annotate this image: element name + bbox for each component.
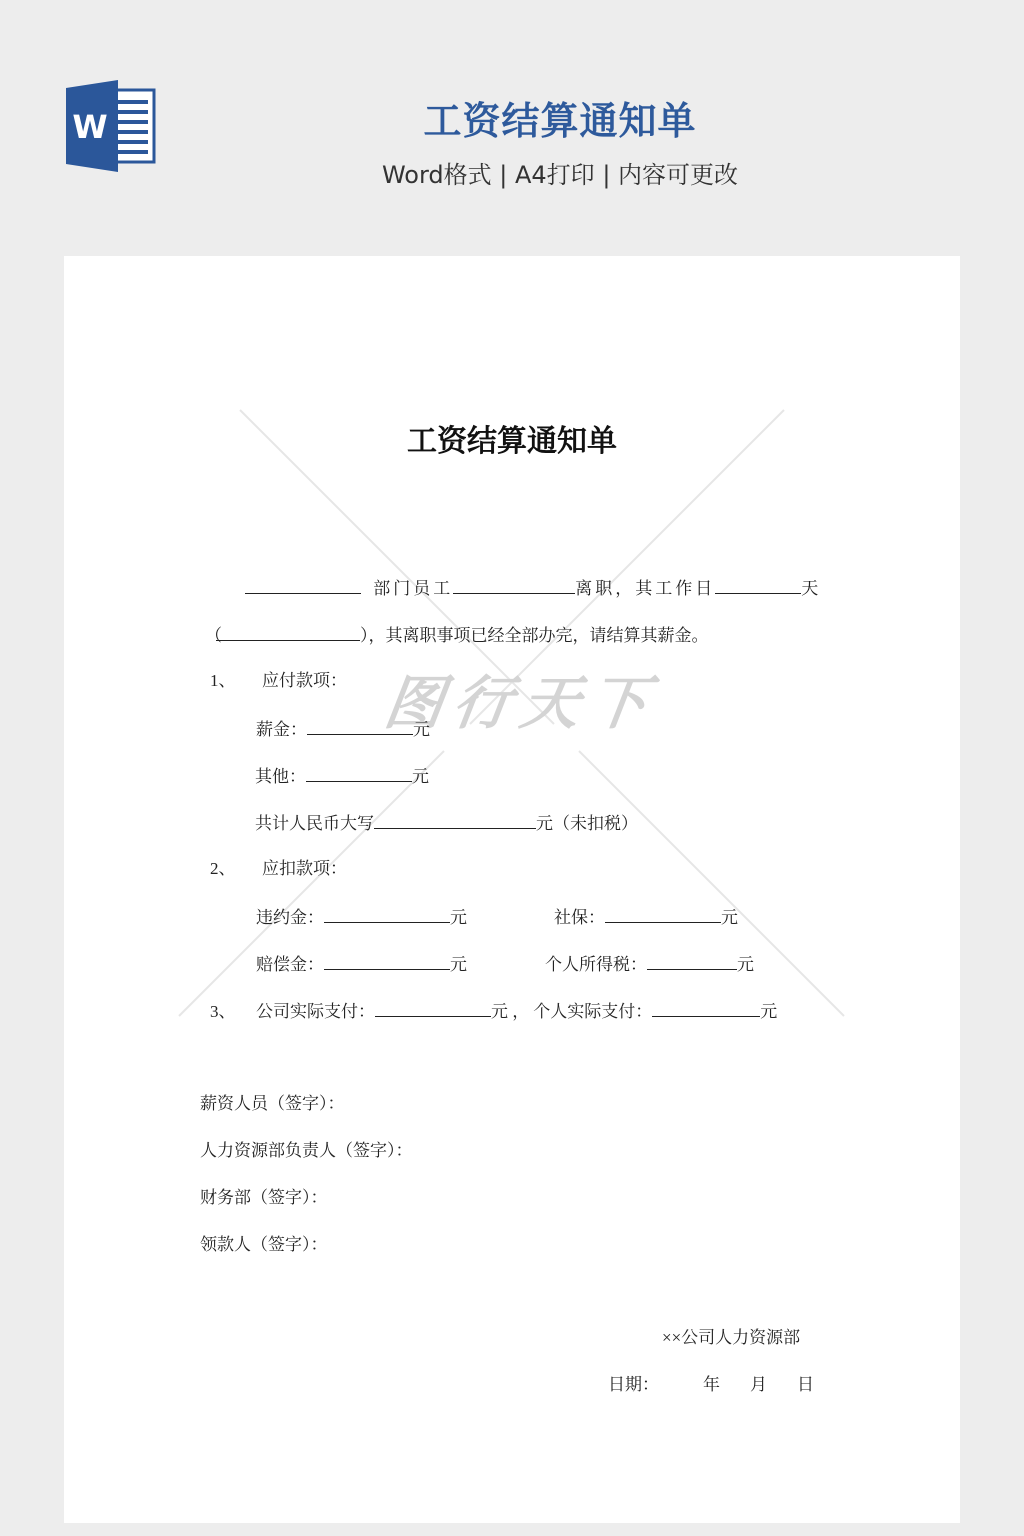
workdays-uppercase-blank[interactable] <box>216 623 360 641</box>
penalty-row: 违约金：元 <box>256 905 467 929</box>
total-row: 共计人民币大写元（未扣税） <box>255 811 638 835</box>
header-title: 工资结算通知单 <box>340 90 780 145</box>
signature-finance: 财务部（签字）： <box>200 1187 328 1209</box>
section-2-heading: 2、应扣款项： <box>210 858 347 880</box>
income-tax-row: 个人所得税：元 <box>545 952 754 976</box>
signature-recipient: 领款人（签字）： <box>200 1234 328 1256</box>
personal-paid-blank[interactable] <box>652 999 760 1017</box>
workdays-blank[interactable] <box>715 576 801 594</box>
social-security-row: 社保：元 <box>554 905 738 929</box>
svg-text:W: W <box>72 108 107 146</box>
word-document-icon: W <box>64 80 158 172</box>
compensation-blank[interactable] <box>324 952 450 970</box>
social-security-blank[interactable] <box>605 905 721 923</box>
section-1-heading: 1、应付款项： <box>210 670 347 692</box>
other-row: 其他：元 <box>255 764 429 788</box>
employee-name-blank[interactable] <box>453 576 575 594</box>
department-blank[interactable] <box>245 576 361 594</box>
signature-hr-head: 人力资源部负责人（签字）： <box>200 1140 413 1162</box>
issuing-department: ××公司人力资源部 <box>662 1327 800 1349</box>
intro-line-2: （），其离职事项已经全部办完，请结算其薪金。 <box>205 623 709 647</box>
intro-line-1: 部门员工离职，其工作日天 <box>245 576 818 600</box>
document-title: 工资结算通知单 <box>64 416 960 460</box>
other-blank[interactable] <box>306 764 412 782</box>
total-uppercase-blank[interactable] <box>374 811 536 829</box>
penalty-blank[interactable] <box>324 905 450 923</box>
salary-blank[interactable] <box>307 717 413 735</box>
compensation-row: 赔偿金：元 <box>256 952 467 976</box>
header: W 工资结算通知单 Word格式 | A4打印 | 内容可更改 <box>0 0 1024 256</box>
income-tax-blank[interactable] <box>647 952 737 970</box>
company-paid-blank[interactable] <box>375 999 491 1017</box>
header-subtitle: Word格式 | A4打印 | 内容可更改 <box>330 155 790 190</box>
salary-row: 薪金：元 <box>256 717 430 741</box>
signature-payroll: 薪资人员（签字）： <box>200 1093 345 1115</box>
section-3-row: 3、公司实际支付：元 ，个人实际支付：元 <box>210 999 777 1023</box>
document-page: 图行天下 工资结算通知单 部门员工离职，其工作日天 （），其离职事项已经全部办完… <box>64 256 960 1523</box>
date-line: 日期：年月日 <box>608 1374 814 1396</box>
